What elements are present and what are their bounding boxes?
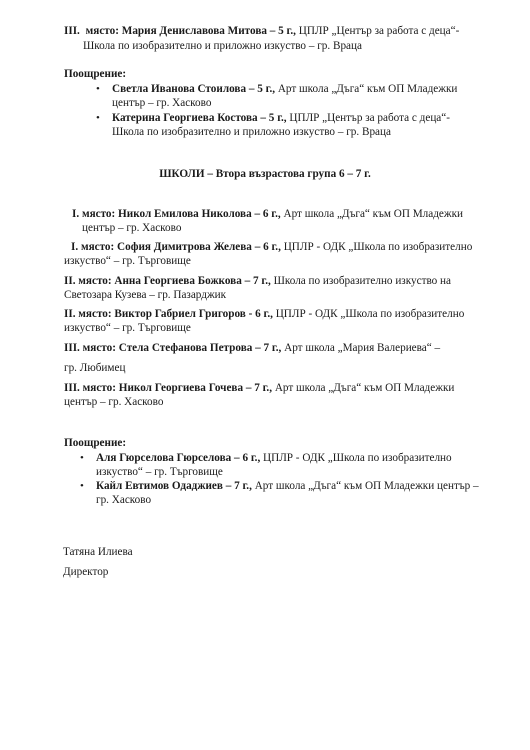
- award-entry: I. място: Никол Емилова Николова – 6 г.,…: [72, 207, 463, 221]
- winner-name: II. място: Анна Георгиева Божкова – 7 г.…: [64, 275, 271, 287]
- signature-name: Татяна Илиева: [63, 545, 133, 559]
- award-entry: I. място: София Димитрова Желева – 6 г.,…: [71, 240, 472, 254]
- award-entry: III. място: Стела Стефанова Петрова – 7 …: [64, 341, 440, 355]
- award-entry: II. място: Анна Георгиева Божкова – 7 г.…: [64, 274, 451, 288]
- encouragement-heading: Поощрение:: [64, 436, 126, 450]
- encouragement-item: Кайл Евтимов Одаджиев – 7 г., Арт школа …: [96, 479, 479, 493]
- award-entry-cont: изкуство“ – гр. Търговище: [64, 254, 191, 268]
- encouragement-heading: Поощрение:: [64, 67, 126, 81]
- place-label: III.: [64, 25, 80, 37]
- award-entry-cont: център – гр. Хасково: [64, 395, 163, 409]
- encouragement-item-cont: Школа по изобразително и приложно изкуст…: [112, 125, 391, 139]
- award-entry-cont: гр. Любимец: [64, 361, 125, 375]
- bullet-icon: •: [80, 479, 84, 493]
- third-place-entry: III. място: Мария Дениславова Митова – 5…: [64, 24, 459, 38]
- encouragement-item-cont: център – гр. Хасково: [112, 96, 211, 110]
- encouragement-item-cont: изкуство“ – гр. Търговище: [96, 465, 223, 479]
- encouragement-item-cont: гр. Хасково: [96, 493, 151, 507]
- bullet-icon: •: [80, 451, 84, 465]
- bullet-icon: •: [96, 82, 100, 96]
- winner-name: III. място: Стела Стефанова Петрова – 7 …: [64, 342, 281, 354]
- encouragement-item: Катерина Георгиева Костова – 5 г., ЦПЛР …: [112, 111, 450, 125]
- winner-school: Арт школа „Дъга“ към ОП Младежки център …: [252, 480, 479, 492]
- winner-name: Аля Гюрселова Гюрселова – 6 г.,: [96, 452, 260, 464]
- award-entry-cont: център – гр. Хасково: [82, 221, 181, 235]
- winner-name: Кайл Евтимов Одаджиев – 7 г.,: [96, 480, 252, 492]
- third-place-entry-cont: Школа по изобразително и приложно изкуст…: [83, 39, 362, 53]
- winner-name: II. място: Виктор Габриел Григоров - 6 г…: [64, 308, 273, 320]
- winner-name: място: Мария Дениславова Митова – 5 г.,: [83, 25, 296, 37]
- award-entry-cont: Светозара Кузева – гр. Пазарджик: [64, 288, 226, 302]
- winner-name: I. място: Никол Емилова Николова – 6 г.,: [72, 208, 281, 220]
- winner-name: Светла Иванова Стоилова – 5 г.,: [112, 83, 275, 95]
- signature-title: Директор: [63, 565, 108, 579]
- winner-school: ЦПЛР „Център за работа с деца“-: [287, 112, 450, 124]
- award-entry: III. място: Никол Георгиева Гочева – 7 г…: [64, 381, 454, 395]
- winner-school: Арт школа „Дъга“ към ОП Младежки: [275, 83, 457, 95]
- bullet-icon: •: [96, 111, 100, 125]
- winner-name: Катерина Георгиева Костова – 5 г.,: [112, 112, 287, 124]
- winner-school: Школа по изобразително изкуство на: [271, 275, 451, 287]
- winner-school: ЦПЛР - ОДК „Школа по изобразително: [273, 308, 464, 320]
- winner-name: I. място: София Димитрова Желева – 6 г.,: [71, 241, 281, 253]
- section-title: ШКОЛИ – Втора възрастова група 6 – 7 г.: [0, 167, 530, 181]
- winner-school: ЦПЛР - ОДК „Школа по изобразително: [281, 241, 472, 253]
- winner-name: III. място: Никол Георгиева Гочева – 7 г…: [64, 382, 272, 394]
- encouragement-item: Аля Гюрселова Гюрселова – 6 г., ЦПЛР - О…: [96, 451, 452, 465]
- winner-school: ЦПЛР „Център за работа с деца“-: [296, 25, 459, 37]
- winner-school: ЦПЛР - ОДК „Школа по изобразително: [260, 452, 451, 464]
- winner-school: Арт школа „Дъга“ към ОП Младежки: [281, 208, 463, 220]
- winner-school: Арт школа „Мария Валериева“ –: [281, 342, 440, 354]
- award-entry: II. място: Виктор Габриел Григоров - 6 г…: [64, 307, 464, 321]
- award-entry-cont: изкуство“ – гр. Търговище: [64, 321, 191, 335]
- winner-school: Арт школа „Дъга“ към ОП Младежки: [272, 382, 454, 394]
- encouragement-item: Светла Иванова Стоилова – 5 г., Арт школ…: [112, 82, 457, 96]
